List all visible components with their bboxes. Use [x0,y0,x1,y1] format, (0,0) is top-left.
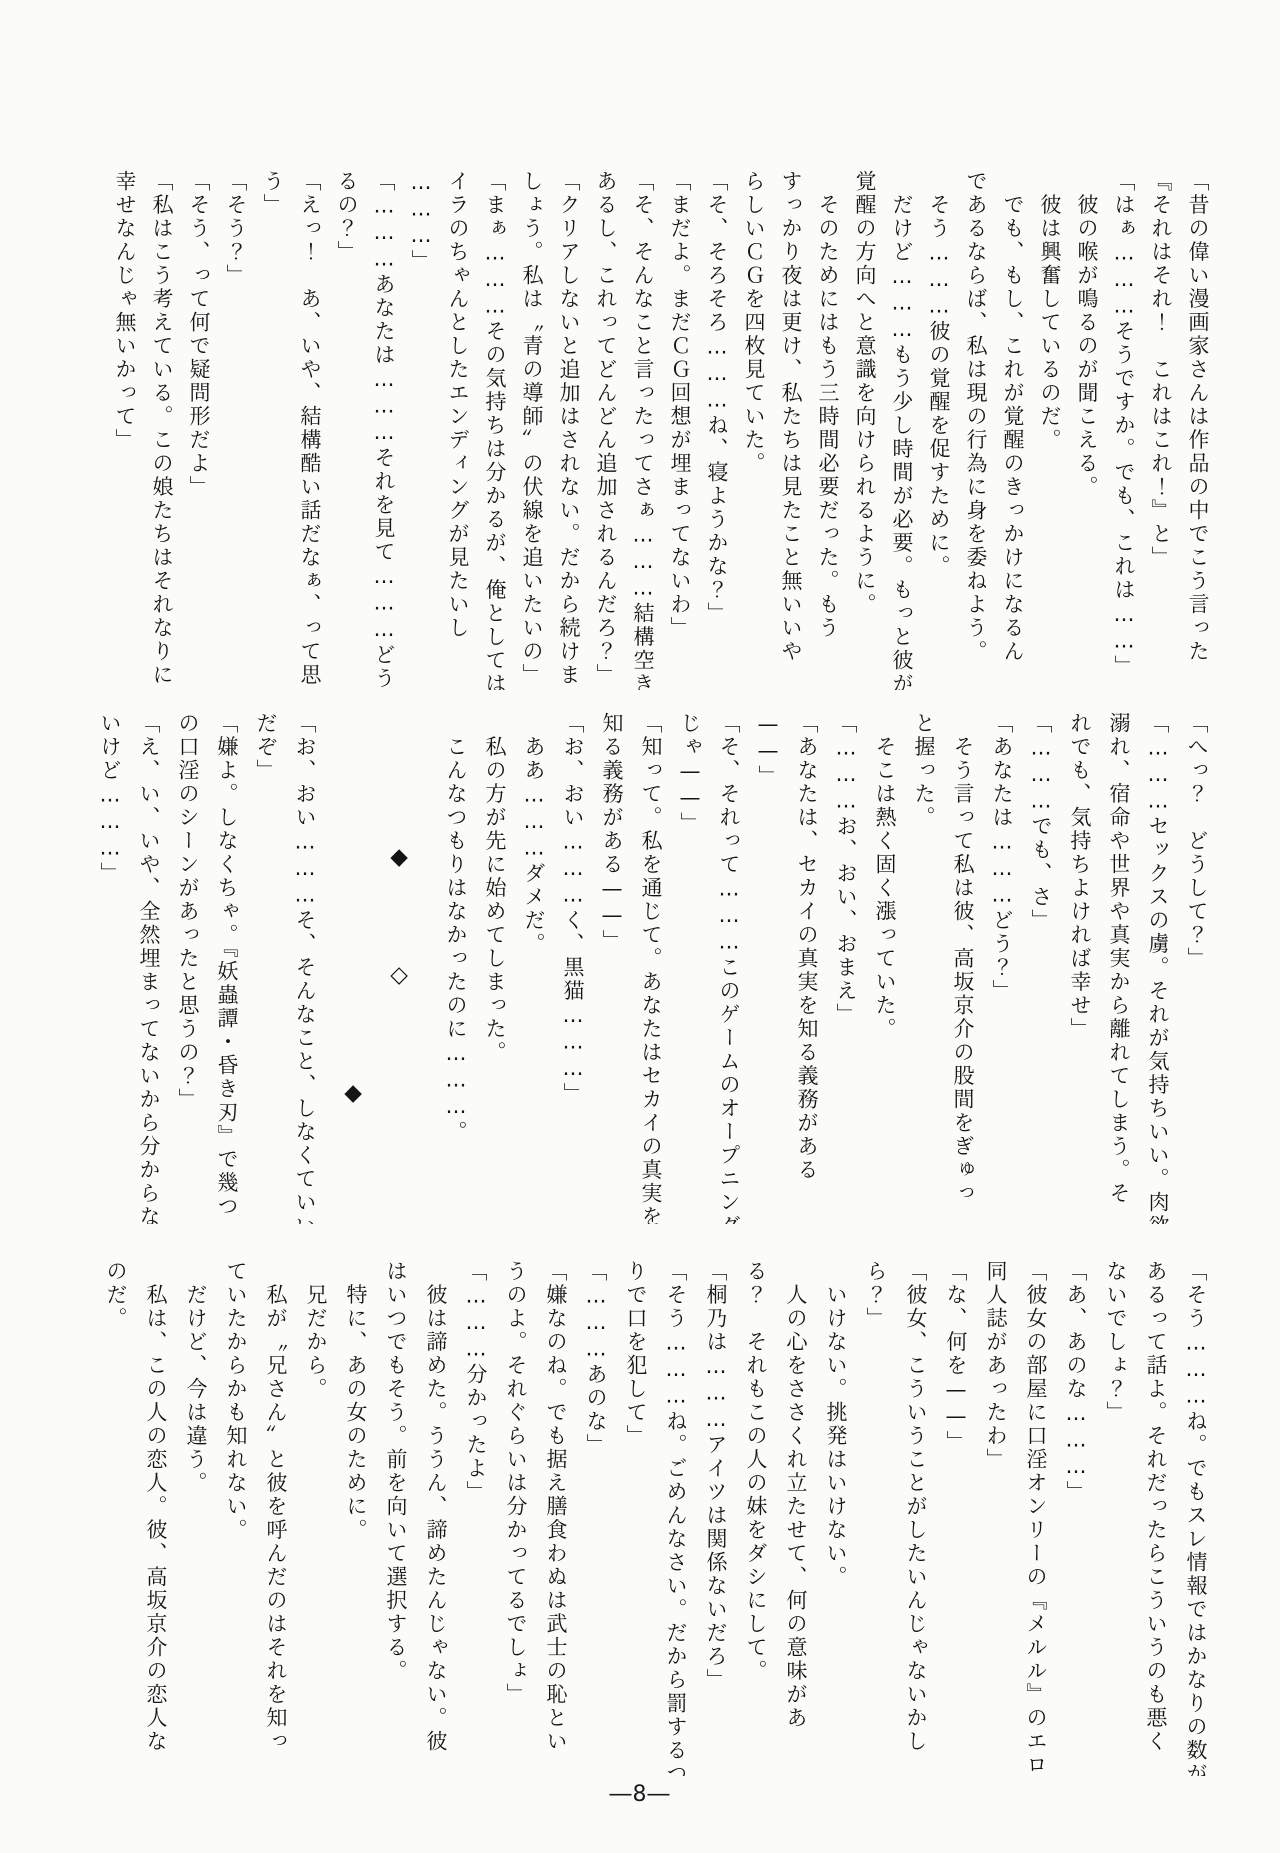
text-column: るの？」 [328,170,365,690]
text-column: 「嫌よ。しなくちゃ。『妖蟲譚・昏き刃』で幾つ [207,712,246,1224]
text-block-bottom: 「そう………ね。でもスレ情報ではかなりの数があるって話よ。それだったらこういうの… [84,1260,1216,1776]
text-column: 人の心をささくれ立たせて、何の意味があ [776,1260,816,1776]
text-column: と握った。 [904,712,943,1224]
text-column: ないでしょ？」 [1096,1260,1136,1776]
text-column: 「お、おい………そ、そんなこと、しなくていいん [285,712,324,1224]
scene-break-separator: ◆ ◇ ◆ [324,712,436,1224]
text-column: う」 [254,170,291,690]
text-column: いけない。挑発はいけない。 [816,1260,856,1776]
text-column: はいつでもそう。前を向いて選択する。 [376,1260,416,1776]
text-column: こんなつもりはなかったのに………。 [436,712,475,1224]
diamond-filled-icon: ◆ [390,846,408,869]
text-block-top: 「昔の偉い漫画家さんは作品の中でこう言った『それはそれ！ これはこれ！』と」「は… [84,170,1216,690]
text-column: の口淫のシーンがあったと思うの？」 [168,712,207,1224]
page-number: ―8― [0,1782,1280,1807]
text-column: のだ。 [96,1260,136,1776]
text-column: イラのちゃんとしたエンディングが見たいし [439,170,476,690]
text-column: 「………分かったよ」 [456,1260,496,1776]
text-column: うのよ。それぐらいは分かってるでしょ」 [496,1260,536,1776]
text-column: ああ………ダメだ。 [514,712,553,1224]
text-column: 「あなたは、セカイの真実を知る義務がある [787,712,826,1224]
text-column: 「知って。私を通じて。あなたはセカイの真実を [631,712,670,1224]
text-column: 「まぁ………その気持ちは分かるが、俺としてはア [476,170,513,690]
text-column: 「彼女の部屋に口淫オンリーの『メルル』のエロ [1016,1260,1056,1776]
diamond-filled-icon: ◆ [344,1082,362,1105]
text-column: る？ それもこの人の妹をダシにして。 [736,1260,776,1776]
text-column: 知る義務がある——」 [592,712,631,1224]
text-column: 彼は諦めた。ううん、諦めたんじゃない。彼 [416,1260,456,1776]
text-column: 「あ、あのな………」 [1056,1260,1096,1776]
text-column: だけど、今は違う。 [176,1260,216,1776]
text-column: 「そう………ね。ごめんなさい。だから罰するつも [656,1260,696,1776]
doujinshi-text-page: 「昔の偉い漫画家さんは作品の中でこう言った『それはそれ！ これはこれ！』と」「は… [0,0,1280,1853]
text-column: 「そう？」 [217,170,254,690]
text-column: 「………セックスの虜。それが気持ちいい。肉欲に [1138,712,1177,1224]
text-column: 「嫌なのね。でも据え膳食わぬは武士の恥とい [536,1260,576,1776]
text-column: 彼は興奮しているのだ。 [1031,170,1068,690]
text-column: 「………でも、さ」 [1021,712,1060,1224]
text-column: でも、もし、これが覚醒のきっかけになるん [994,170,1031,690]
text-column: 「………あのな」 [576,1260,616,1776]
text-column: 同人誌があったわ」 [976,1260,1016,1776]
diamond-open-icon: ◇ [390,964,408,987]
text-column: 覚醒の方向へと意識を向けられるように。 [846,170,883,690]
text-column: 「………あなたは………それを見て………どう思ってい [365,170,402,690]
text-column: 「そ、そろそろ………ね、寝ようかな？」 [698,170,735,690]
text-column: 私が〝兄さん〟と彼を呼んだのはそれを知っ [256,1260,296,1776]
text-column: 「えっ！ あ、いや、結構酷い話だなぁ、って思 [291,170,328,690]
text-column: 「まだよ。まだＣＧ回想が埋まってないわ」 [661,170,698,690]
text-column: れでも、気持ちよければ幸せ」 [1060,712,1099,1224]
text-column: 「お、おい………く、黒猫………」 [553,712,592,1224]
text-column: 溺れ、宿命や世界や真実から離れてしまう。そ [1099,712,1138,1224]
text-column: 幸せなんじゃ無いかって」 [106,170,143,690]
text-column: だぞ」 [246,712,285,1224]
text-column: 兄だから。 [296,1260,336,1776]
text-column: 私の方が先に始めてしまった。 [475,712,514,1224]
text-column: そう………彼の覚醒を促すために。 [920,170,957,690]
text-column: あるって話よ。それだったらこういうのも悪く [1136,1260,1176,1776]
text-column: 「え、い、いや、全然埋まってないから分からな [129,712,168,1224]
text-column: 「あなたは………どう？」 [982,712,1021,1224]
text-column: じゃ——」 [670,712,709,1224]
text-column: ていたからかも知れない。 [216,1260,256,1776]
text-column: いけど………」 [90,712,129,1224]
text-column: らしいＣＧを四枚見ていた。 [735,170,772,690]
text-column: ——」 [748,712,787,1224]
text-column: 「彼女、こういうことがしたいんじゃないかし [896,1260,936,1776]
text-column: ………」 [402,170,439,690]
text-column: 「へっ？ どうして？」 [1177,712,1216,1224]
text-column: そこは熱く固く漲っていた。 [865,712,904,1224]
text-column: 「はぁ………そうですか。でも、これは……」 [1105,170,1142,690]
text-column: そのためにはもう三時間必要だった。もう [809,170,846,690]
text-column: 私は、この人の恋人。彼、高坂京介の恋人な [136,1260,176,1776]
text-column: ら？」 [856,1260,896,1776]
text-block-middle: 「へっ？ どうして？」「………セックスの虜。それが気持ちいい。肉欲に溺れ、宿命や… [84,712,1216,1224]
text-column: りで口を犯して」 [616,1260,656,1776]
text-column: 『それはそれ！ これはこれ！』と」 [1142,170,1179,690]
text-column: 「クリアしないと追加はされない。だから続けま [550,170,587,690]
text-column: 「私はこう考えている。この娘たちはそれなりに [143,170,180,690]
text-column: 「そう、って何で疑問形だよ」 [180,170,217,690]
text-column: だけど………もう少し時間が必要。もっと彼が [883,170,920,690]
text-column: 「………お、おい、おまえ」 [826,712,865,1224]
text-column: そう言って私は彼、高坂京介の股間をぎゅっ [943,712,982,1224]
text-column: すっかり夜は更け、私たちは見たこと無いいや [772,170,809,690]
text-column: 「そう………ね。でもスレ情報ではかなりの数が [1176,1260,1216,1776]
text-column: 「昔の偉い漫画家さんは作品の中でこう言った [1179,170,1216,690]
text-column: 特に、あの女のために。 [336,1260,376,1776]
text-column: しょう。私は〝青の導師〟の伏線を追いたいの」 [513,170,550,690]
text-column: 「桐乃は………アイツは関係ないだろ」 [696,1260,736,1776]
text-column: あるし、これってどんどん追加されるんだろ？」 [587,170,624,690]
text-column: 「な、何を——」 [936,1260,976,1776]
text-column: 「そ、そんなこと言ったってさぁ………結構空きが [624,170,661,690]
text-column: であるならば、私は現の行為に身を委ねよう。 [957,170,994,690]
text-column: 彼の喉が鳴るのが聞こえる。 [1068,170,1105,690]
text-column: 「そ、それって………このゲームのオープニング [709,712,748,1224]
